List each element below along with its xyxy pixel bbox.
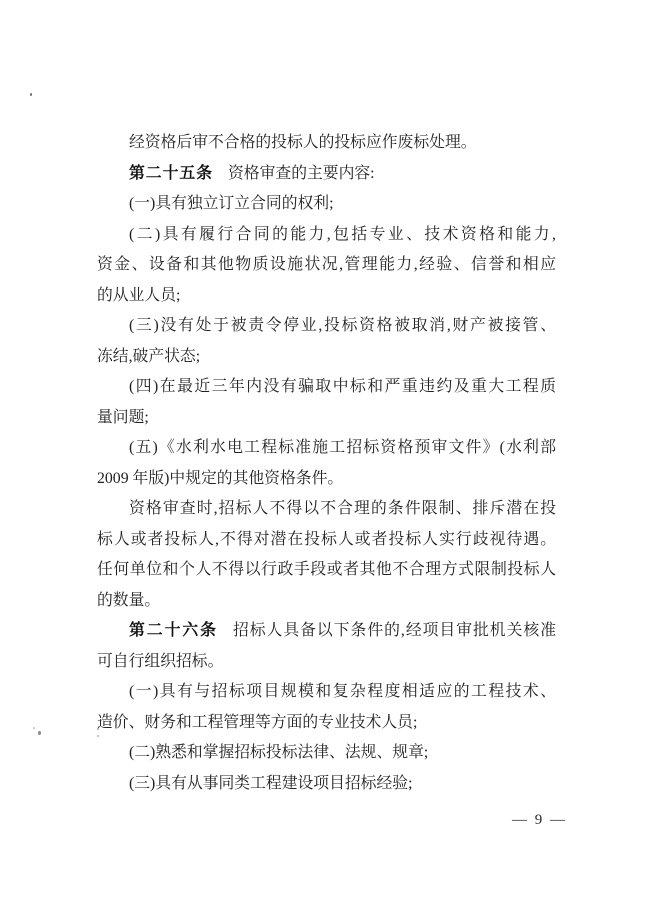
document-body: 经资格后审不合格的投标人的投标应作废标处理。 第二十五条资格审查的主要内容: (… [97,128,556,799]
text-line: 量问题; [97,403,556,434]
document-page: 经资格后审不合格的投标人的投标应作废标处理。 第二十五条资格审查的主要内容: (… [0,0,650,918]
article-number: 第二十六条 [129,622,218,639]
scan-speck [30,93,32,96]
text-line: 标人或者投标人,不得对潜在投标人或者投标人实行歧视待遇。 [97,525,556,556]
page-number: — 9 — [512,812,567,829]
article-number: 第二十五条 [129,165,213,182]
text-line: 冻结,破产状态; [97,342,556,373]
list-item-4: (四)在最近三年内没有骗取中标和严重违约及重大工程质 [97,372,556,403]
scan-speck [38,731,41,735]
text-line: 2009 年版)中规定的其他资格条件。 [97,464,556,495]
list-item-3: (三)具有从事同类工程建设项目招标经验; [97,769,556,800]
scan-speck [33,727,35,729]
article-heading-text: 资格审查的主要内容: [228,165,375,182]
text-line: 可自行组织招标。 [97,647,556,678]
list-item-5: (五)《水利水电工程标准施工招标资格预审文件》(水利部 [97,433,556,464]
article-heading-26: 第二十六条招标人具备以下条件的,经项目审批机关核准 [97,616,556,647]
text-line: 资金、设备和其他物质设施状况,管理能力,经验、信誉和相应 [97,250,556,281]
text-line: 造价、财务和工程管理等方面的专业技术人员; [97,708,556,739]
text-line: 资格审查时,招标人不得以不合理的条件限制、排斥潜在投 [97,494,556,525]
text-line: 的数量。 [97,586,556,617]
list-item-1: (一)具有独立订立合同的权利; [97,189,556,220]
text-line: 任何单位和个人不得以行政手段或者其他不合理方式限制投标人 [97,555,556,586]
article-heading-text: 招标人具备以下条件的,经项目审批机关核准 [233,622,556,639]
text-line: 经资格后审不合格的投标人的投标应作废标处理。 [97,128,556,159]
list-item-2: (二)熟悉和掌握招标投标法律、法规、规章; [97,738,556,769]
list-item-1: (一)具有与招标项目规模和复杂程度相适应的工程技术、 [97,677,556,708]
text-line: 的从业人员; [97,281,556,312]
list-item-3: (三)没有处于被责令停业,投标资格被取消,财产被接管、 [97,311,556,342]
article-heading-25: 第二十五条资格审查的主要内容: [97,159,556,190]
list-item-2: (二)具有履行合同的能力,包括专业、技术资格和能力, [97,220,556,251]
